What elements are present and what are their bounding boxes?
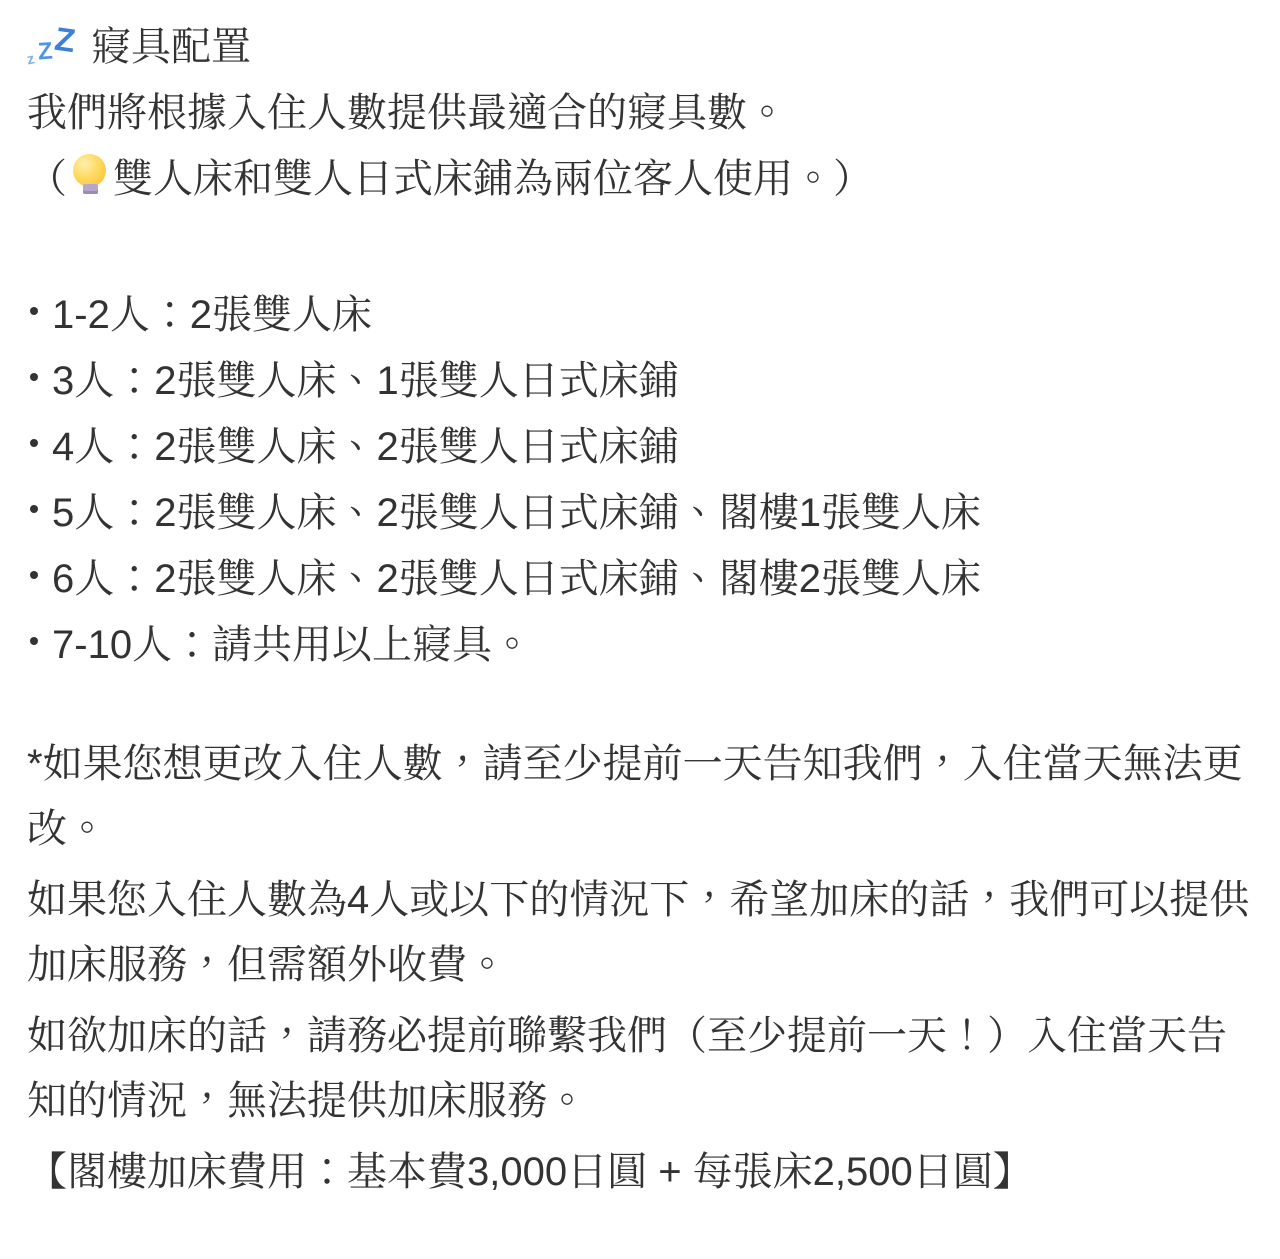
blank-line — [27, 212, 1256, 278]
bullet-dot — [30, 307, 38, 315]
zzz-letter-large: Z — [53, 22, 78, 57]
bedding-item-text: 4人：2張雙人床、2張雙人日式床鋪 — [52, 415, 679, 472]
zzz-letter-medium: Z — [37, 40, 53, 65]
section-title: 寢具配置 — [91, 14, 251, 80]
bedding-list: 1-2人：2張雙人床 3人：2張雙人床、1張雙人日式床鋪 4人：2張雙人床、2張… — [27, 278, 1256, 674]
bedding-item-text: 7-10人：請共用以上寢具。 — [52, 613, 532, 670]
bullet-dot — [30, 505, 38, 513]
note-change-guests: *如果您想更改入住人數，請至少提前一天告知我們，入住當天無法更改。 — [27, 732, 1256, 862]
list-item: 1-2人：2張雙人床 — [27, 278, 1256, 344]
list-item: 5人：2張雙人床、2張雙人日式床鋪、閣樓1張雙人床 — [27, 476, 1256, 542]
note-extra-bed-contact: 如欲加床的話，請務必提前聯繫我們（至少提前一天！）入住當天告知的情況，無法提供加… — [27, 1004, 1256, 1134]
bedding-item-text: 6人：2張雙人床、2張雙人日式床鋪、閣樓2張雙人床 — [52, 547, 981, 604]
list-item: 7-10人：請共用以上寢具。 — [27, 608, 1256, 674]
intro-text: 我們將根據入住人數提供最適合的寢具數。 — [27, 80, 1256, 146]
zzz-letter-small: z — [26, 51, 36, 67]
bullet-dot — [30, 439, 38, 447]
blank-line — [27, 674, 1256, 732]
lightbulb-base — [83, 184, 98, 194]
tip-open-paren: （ — [27, 157, 67, 201]
zzz-sleep-icon: z Z Z — [27, 21, 79, 73]
page: { "colors": { "background": "#ffffff", "… — [0, 0, 1280, 1259]
lightbulb-icon — [73, 154, 107, 200]
bullet-dot — [30, 637, 38, 645]
tip-text: 雙人床和雙人日式床鋪為兩位客人使用。） — [113, 157, 873, 201]
list-item: 6人：2張雙人床、2張雙人日式床鋪、閣樓2張雙人床 — [27, 542, 1256, 608]
bullet-dot — [30, 571, 38, 579]
list-item: 4人：2張雙人床、2張雙人日式床鋪 — [27, 410, 1256, 476]
tip-line: （雙人床和雙人日式床鋪為兩位客人使用。） — [27, 146, 1256, 212]
list-item: 3人：2張雙人床、1張雙人日式床鋪 — [27, 344, 1256, 410]
bullet-dot — [30, 373, 38, 381]
bedding-item-text: 1-2人：2張雙人床 — [52, 283, 372, 340]
bedding-configuration-section: z Z Z 寢具配置 我們將根據入住人數提供最適合的寢具數。 （雙人床和雙人日式… — [0, 0, 1280, 1225]
bedding-item-text: 5人：2張雙人床、2張雙人日式床鋪、閣樓1張雙人床 — [52, 481, 981, 538]
bedding-item-text: 3人：2張雙人床、1張雙人日式床鋪 — [52, 349, 679, 406]
section-title-row: z Z Z 寢具配置 — [27, 14, 1256, 80]
note-extra-bed-offer: 如果您入住人數為4人或以下的情況下，希望加床的話，我們可以提供加床服務，但需額外… — [27, 868, 1256, 998]
note-loft-bed-fee: 【閣樓加床費用：基本費3,000日圓 + 每張床2,500日圓】 — [27, 1140, 1256, 1205]
lightbulb-glass — [73, 154, 106, 187]
